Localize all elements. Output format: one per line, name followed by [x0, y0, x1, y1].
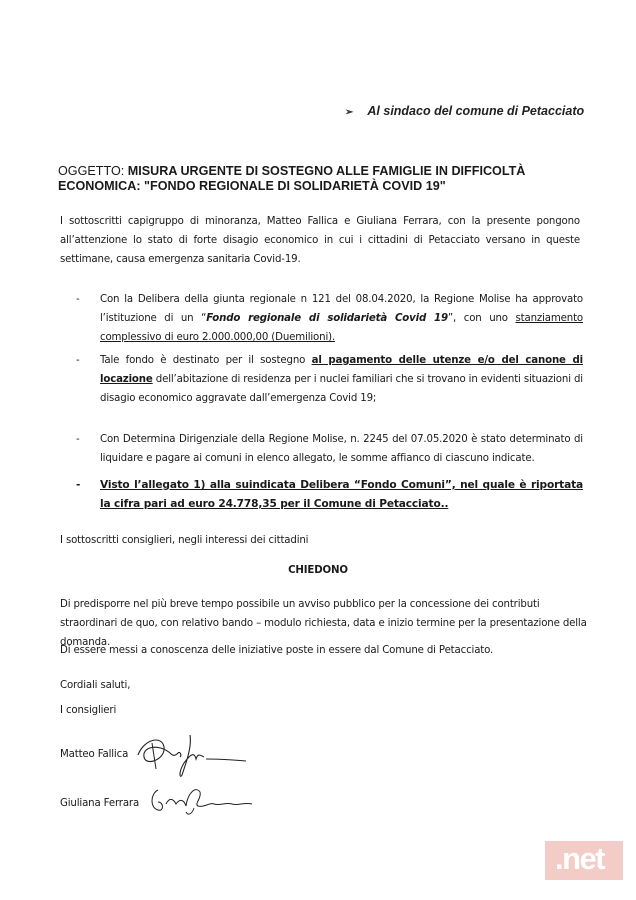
closing-line: Cordiali saluti,	[60, 676, 130, 695]
watermark-logo: .net	[545, 841, 623, 880]
bullet-text: Con Determina Dirigenziale della Regione…	[100, 430, 583, 468]
subject-text: MISURA URGENTE DI SOSTEGNO ALLE FAMIGLIE…	[58, 164, 525, 193]
bullet-text-part: ”, con uno	[448, 313, 516, 324]
bullet-text: Visto l’allegato 1) alla suindicata Deli…	[100, 476, 583, 514]
addressee-line: ➢Al sindaco del comune di Petacciato	[345, 104, 584, 118]
bullet-dash: -	[76, 290, 80, 309]
watermark-text: .net	[555, 841, 604, 877]
bullet-dash: -	[76, 430, 80, 449]
request-paragraph: Di essere messi a conoscenza delle inizi…	[60, 641, 493, 660]
bullet-text-part: dell’abitazione di residenza per i nucle…	[100, 374, 583, 404]
bullet-item: - Con la Delibera della giunta regionale…	[78, 290, 583, 347]
handwritten-signature-icon	[134, 733, 249, 781]
bullet-item: - Tale fondo è destinato per il sostegno…	[78, 351, 583, 408]
document-page: ➢Al sindaco del comune di Petacciato OGG…	[0, 0, 636, 900]
bullet-text: Tale fondo è destinato per il sostegno a…	[100, 351, 583, 408]
handwritten-signature-icon	[148, 782, 258, 818]
fund-name: Fondo regionale di solidarietà Covid 19	[206, 313, 448, 324]
bullet-item: - Visto l’allegato 1) alla suindicata De…	[78, 476, 583, 514]
arrow-bullet-icon: ➢	[345, 107, 353, 118]
bullet-dash: -	[76, 351, 80, 370]
subject-label: OGGETTO:	[58, 164, 124, 178]
addressee-text: Al sindaco del comune di Petacciato	[367, 104, 584, 118]
bullet-item: - Con Determina Dirigenziale della Regio…	[78, 430, 583, 468]
request-heading: CHIEDONO	[0, 561, 636, 580]
subject-heading: OGGETTO: MISURA URGENTE DI SOSTEGNO ALLE…	[58, 164, 598, 194]
intro-paragraph: I sottoscritti capigruppo di minoranza, …	[60, 212, 580, 269]
signatory-name: Matteo Fallica	[60, 745, 128, 764]
signed-by-line: I consiglieri	[60, 701, 116, 720]
signatory-name: Giuliana Ferrara	[60, 794, 139, 813]
bullet-text-part: Tale fondo è destinato per il sostegno	[100, 355, 312, 366]
bullet-text: Con la Delibera della giunta regionale n…	[100, 290, 583, 347]
bullet-dash: -	[76, 476, 80, 495]
consiglieri-line: I sottoscritti consiglieri, negli intere…	[60, 531, 308, 550]
